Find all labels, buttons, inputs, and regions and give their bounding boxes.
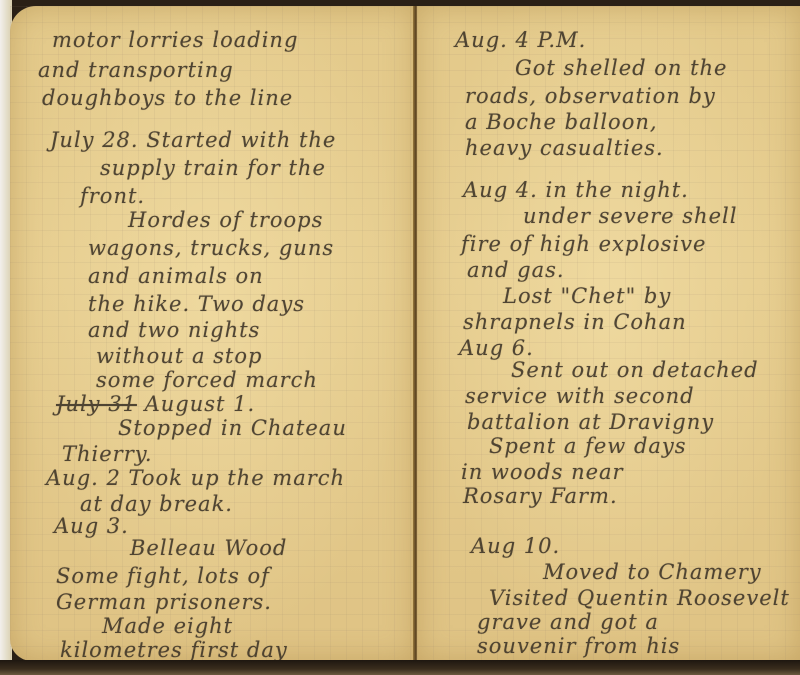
diary-entry-date: Aug 4. in the night. <box>463 178 689 202</box>
diary-line: Spent a few days <box>489 434 687 458</box>
diary-line: German prisoners. <box>56 590 272 614</box>
diary-line: and gas. <box>467 258 565 282</box>
diary-line: wagons, trucks, guns <box>88 236 334 260</box>
diary-line: at day break. <box>80 492 233 516</box>
diary-entry-date: Aug 10. <box>471 534 560 558</box>
diary-line: motor lorries loading <box>52 28 298 52</box>
diary-line: and transporting <box>38 58 234 82</box>
diary-entry-date: Aug 6. <box>459 336 534 360</box>
diary-line: without a stop <box>96 344 262 368</box>
diary-line: a Boche balloon, <box>465 110 658 134</box>
right-page: Aug. 4 P.M. Got shelled on the roads, ob… <box>417 6 800 661</box>
diary-line: heavy casualties. <box>465 136 664 160</box>
diary-line: doughboys to the line <box>42 86 293 110</box>
diary-line: under severe shell <box>523 204 737 228</box>
book-bottom-edge <box>0 660 800 675</box>
diary-line: the hike. Two days <box>88 292 305 316</box>
left-page: motor lorries loading and transporting d… <box>10 6 415 661</box>
diary-line: and two nights <box>88 318 260 342</box>
diary-line: fire of high explosive <box>461 232 706 256</box>
diary-line: souvenir from his <box>477 634 680 658</box>
diary-line: grave and got a <box>477 610 659 634</box>
diary-line: shrapnels in Cohan <box>463 310 687 334</box>
diary-line: Lost "Chet" by <box>503 284 671 308</box>
diary-line: Thierry. <box>62 442 153 466</box>
diary-line: Rosary Farm. <box>463 484 618 508</box>
diary-line: Some fight, lots of <box>56 564 270 588</box>
diary-line: Sent out on detached <box>511 358 759 382</box>
diary-line: supply train for the <box>100 156 326 180</box>
struck-text: July 31 <box>56 392 137 416</box>
diary-line: Got shelled on the <box>515 56 727 80</box>
diary-entry-date: Aug 3. <box>54 514 129 538</box>
diary-line: service with second <box>465 384 695 408</box>
diary-entry-date: Aug. 4 P.M. <box>455 28 586 52</box>
diary-line: Hordes of troops <box>128 208 323 232</box>
notebook-spread: motor lorries loading and transporting d… <box>0 0 800 675</box>
diary-line: Stopped in Chateau <box>118 416 347 440</box>
diary-line: and animals on <box>88 264 264 288</box>
diary-entry-date: July 28. Started with the <box>50 128 336 152</box>
diary-line: front. <box>80 184 145 208</box>
diary-entry-date: Aug. 2 Took up the march <box>46 466 345 490</box>
diary-line: kilometres first day <box>60 638 288 662</box>
diary-line: Moved to Chamery <box>543 560 762 584</box>
diary-line: in woods near <box>461 460 624 484</box>
diary-line: roads, observation by <box>465 84 716 108</box>
diary-line: Belleau Wood <box>130 536 287 560</box>
diary-line: some forced march <box>96 368 318 392</box>
diary-entry-date: July 31 August 1. <box>56 392 255 416</box>
diary-line: Visited Quentin Roosevelt <box>489 586 790 610</box>
diary-line: battalion at Dravigny <box>467 410 714 434</box>
diary-line: Made eight <box>102 614 233 638</box>
